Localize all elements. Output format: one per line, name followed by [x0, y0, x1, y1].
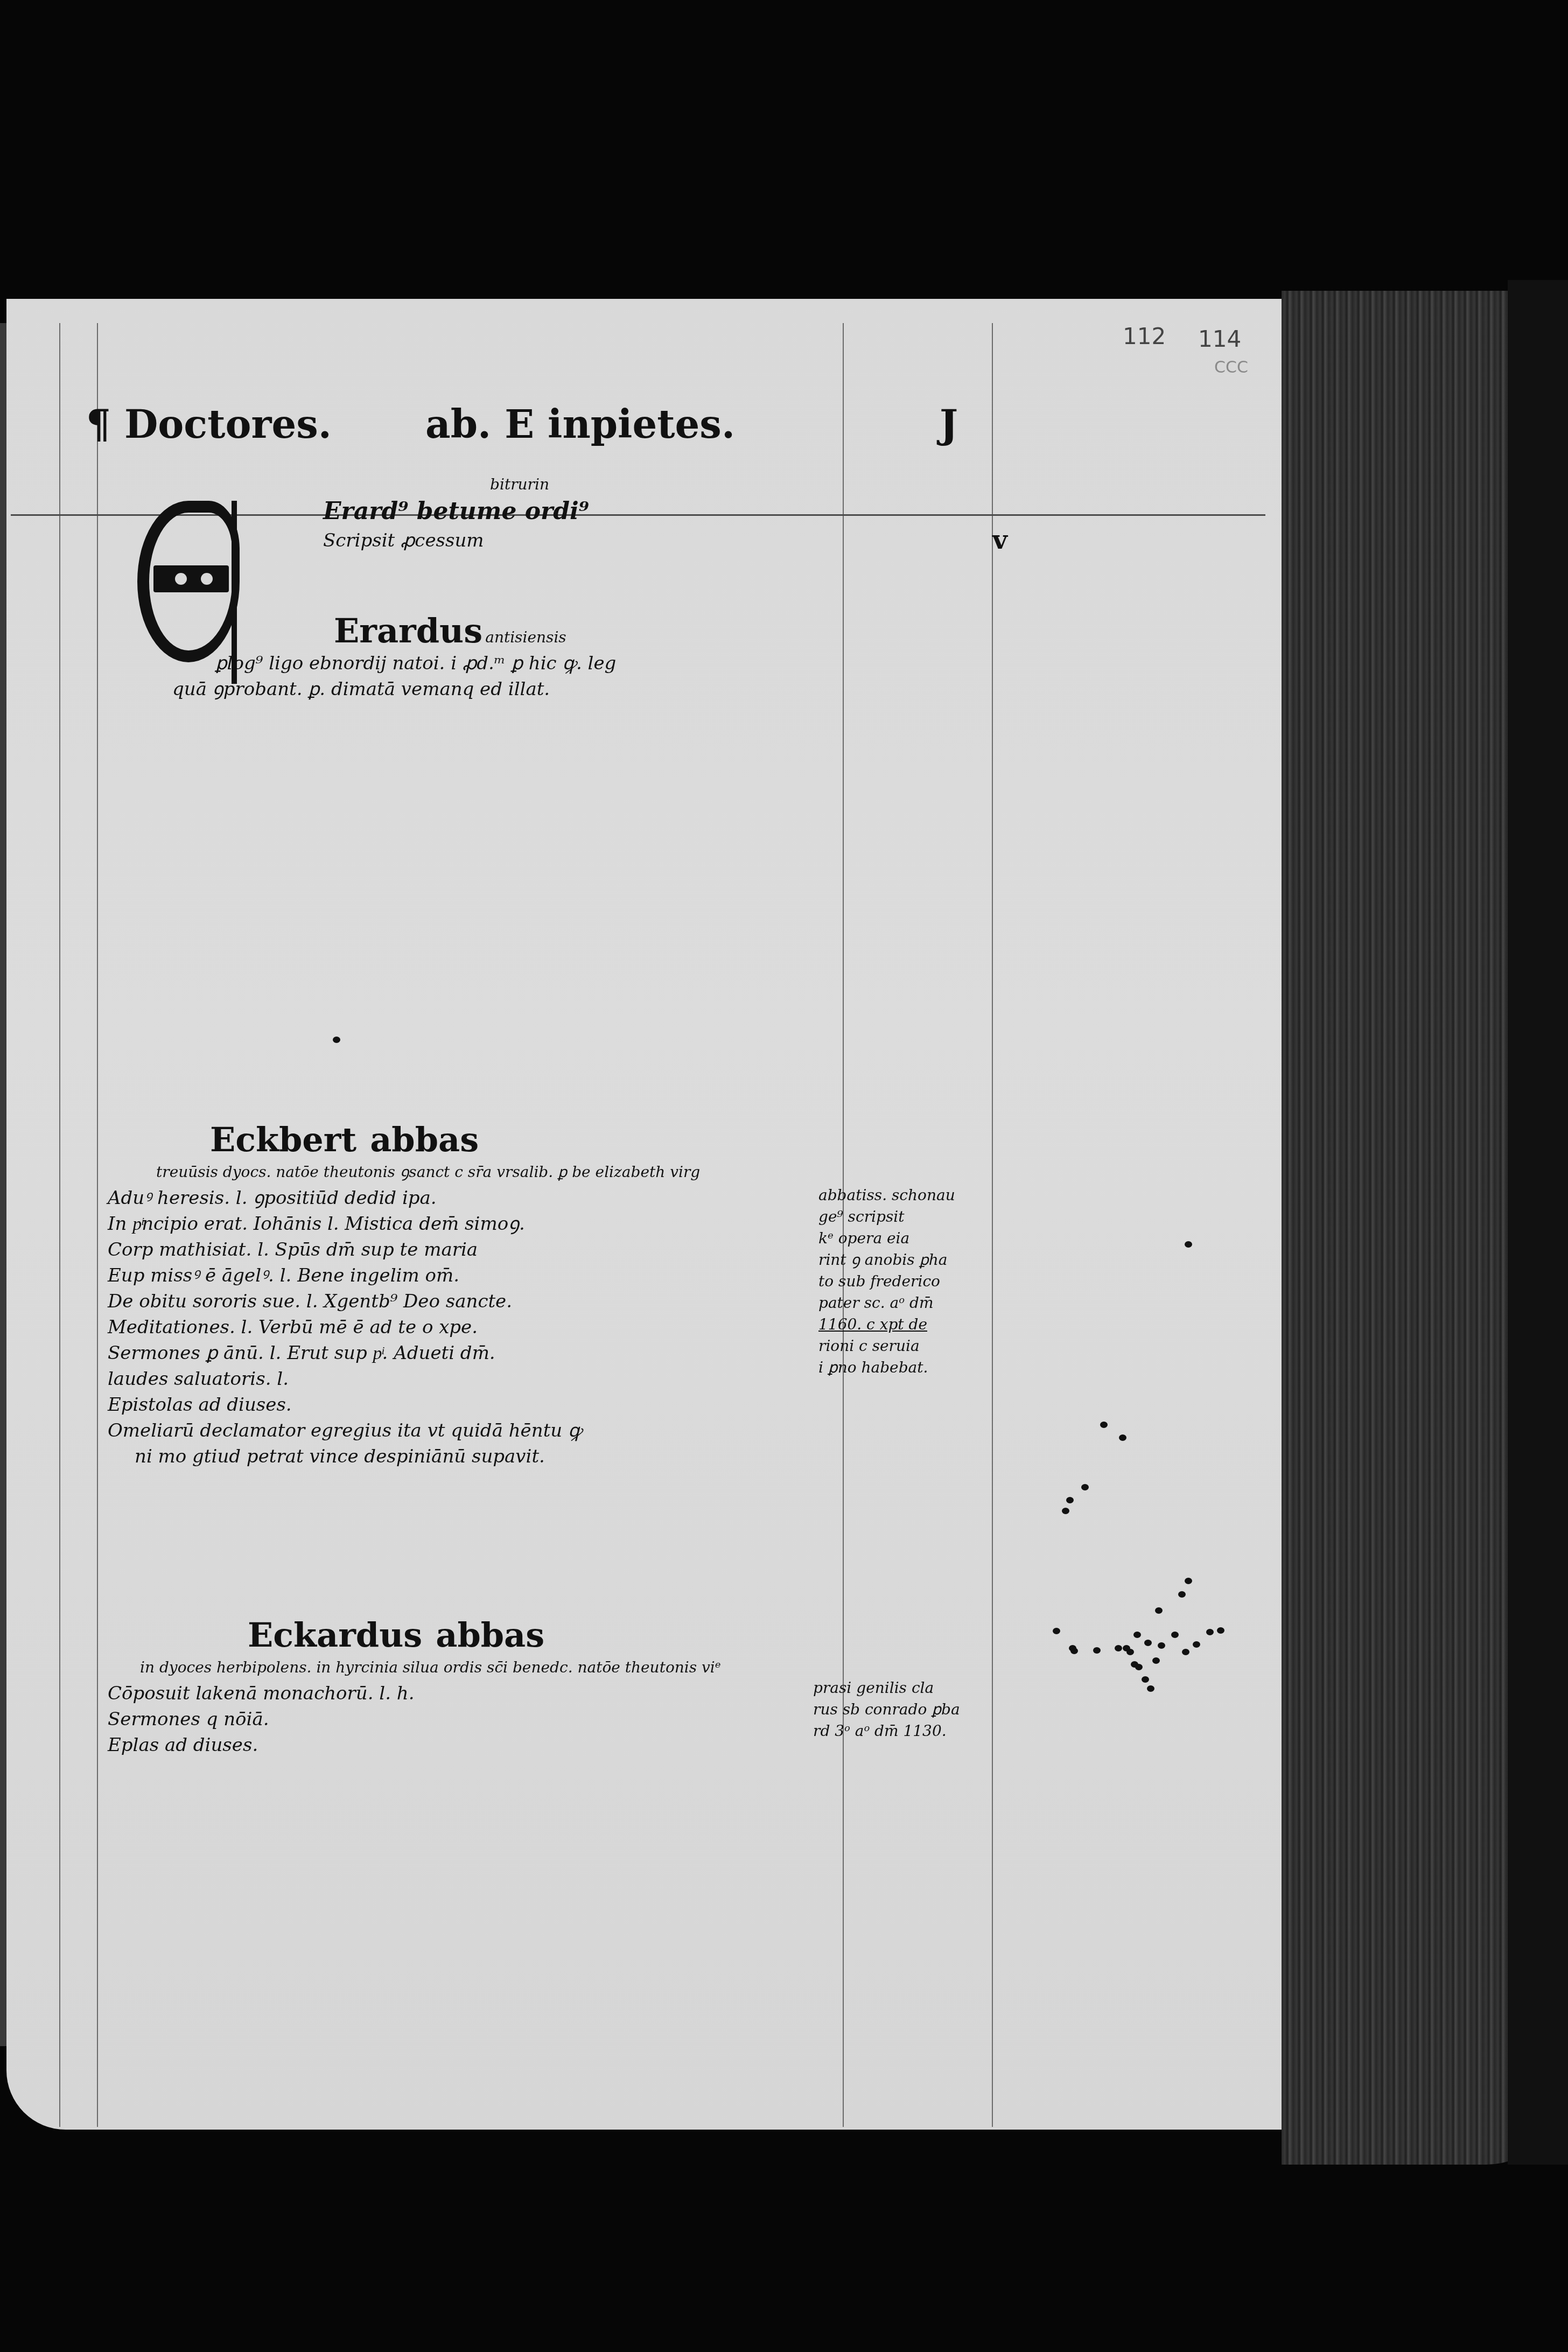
ink-speck — [1147, 1685, 1154, 1692]
folio-faint-note: CCC — [1214, 358, 1248, 377]
ink-speck — [1193, 1641, 1200, 1648]
ink-speck — [1133, 1632, 1141, 1638]
entry-eckardus: Eckardus abbas in dyoces herbipolens. in… — [108, 1615, 721, 1758]
ink-speck — [1081, 1484, 1089, 1490]
margin-line: i ꝑno habebat. — [818, 1357, 955, 1378]
entry-line: Eplas ad diuses. — [108, 1732, 721, 1758]
entry-superscript-note: bitrurin — [490, 474, 589, 495]
ink-speck — [1123, 1645, 1130, 1651]
entry-erardus-2: Erardus antisiensis ꝑlog⁹ ligo ebnordij … — [172, 611, 616, 702]
entry-line: laudes saluatoris. l. — [108, 1366, 700, 1392]
folio-number-secondary: 114 — [1198, 326, 1241, 352]
entry-heading: Eckbert abbas — [210, 1120, 700, 1159]
entry-line: Epistolas ad diuses. — [108, 1392, 700, 1418]
margin-line: pater sc. aᵒ dm̄ — [818, 1292, 955, 1314]
entry-headword: Eckardus — [248, 1615, 422, 1655]
entry-line: ꝑlog⁹ ligo ebnordij natoi. i ꝓd.ᵐ ꝑ hic … — [215, 650, 616, 676]
entry-line: Sermones q nōiā. — [108, 1706, 721, 1732]
initial-crossbar — [153, 565, 229, 592]
ink-speck — [1100, 1422, 1108, 1428]
entry-line: Omeliarū declamator egregius ita vt quid… — [108, 1418, 700, 1444]
ink-speck — [1185, 1578, 1192, 1584]
margin-line: 1160. c xpt de — [818, 1314, 955, 1335]
entry-line: Meditationes. l. Verbū mē ē ad te o xpe. — [108, 1314, 700, 1340]
ink-speck — [1069, 1645, 1076, 1651]
margin-line: abbatiss. schonau — [818, 1185, 955, 1206]
ink-speck — [1115, 1645, 1122, 1651]
entry-line: Aduꝰ heresis. l. ꝯpositiūd dedid ipa. — [108, 1185, 700, 1211]
entry-epithet: abbas — [370, 1120, 479, 1159]
ink-speck — [1142, 1676, 1149, 1683]
entry-heading: Eckardus abbas — [248, 1615, 721, 1655]
entry-line: Cōposuit lakenā monachorū. l. h. — [108, 1681, 721, 1706]
book-cover-edge — [1508, 280, 1568, 2165]
ink-speck — [1152, 1657, 1160, 1664]
ink-speck — [1158, 1642, 1165, 1649]
ink-speck — [1155, 1607, 1163, 1614]
ink-speck — [333, 1037, 340, 1043]
entry-line: Scripsit ꝓcessum — [323, 528, 589, 554]
header-center: ab. E inpietes. — [425, 401, 735, 447]
folio-number-primary: 112 — [1123, 323, 1166, 349]
entry-line: ni mo gtiud petrat vince despiniānū supa… — [135, 1444, 700, 1469]
entry-erardus-1: bitrurin Erard⁹ betume ordi⁹ Scripsit ꝓc… — [323, 474, 589, 554]
ink-speck — [1206, 1629, 1214, 1635]
entry-eckbert: Eckbert abbas treuūsis dyocs. natōe theu… — [108, 1120, 700, 1469]
entry-line: in dyoces herbipolens. in hyrcinia silua… — [140, 1655, 721, 1681]
header-right: J — [940, 401, 958, 447]
entry-line: Erard⁹ betume ordi⁹ — [323, 495, 589, 528]
entry-heading: Erardus antisiensis — [334, 611, 616, 650]
ink-speck — [1178, 1591, 1186, 1598]
entry-line: In pͥncipio erat. Iohānis l. Mistica dem… — [108, 1211, 700, 1237]
ink-speck — [1062, 1508, 1069, 1514]
ink-speck — [1171, 1632, 1179, 1638]
ink-speck — [1053, 1628, 1060, 1634]
ink-speck — [1217, 1627, 1224, 1634]
margin-line: kᵉ opera eia — [818, 1228, 955, 1249]
ink-speck — [1182, 1649, 1189, 1655]
entry-line: Corp mathisiat. l. Spūs dm̄ sup te maria — [108, 1237, 700, 1263]
eckardus-margin-note: prasi genilis cla rus sb conrado ꝑba rd … — [813, 1677, 960, 1742]
entry-epithet: antisiensis — [485, 628, 566, 646]
entry-headword: Erardus — [334, 611, 482, 650]
ink-speck — [1131, 1661, 1138, 1668]
entry-line: Eup missꝰ ē āgelꝰ. l. Bene ingelim om̄. — [108, 1263, 700, 1289]
margin-line: to sub frederico — [818, 1271, 955, 1292]
margin-line: rd 3ᵒ aᵒ dm̄ 1130. — [813, 1720, 960, 1742]
column-marker: v — [992, 525, 1007, 555]
entry-line: Sermones ꝑ ānū. l. Erut sup pͥ. Adueti d… — [108, 1340, 700, 1366]
header-left: ¶ Doctores. — [86, 401, 332, 447]
entry-headword: Eckbert — [210, 1120, 356, 1159]
entry-line: De obitu sororis sue. l. Xgentb⁹ Deo san… — [108, 1289, 700, 1314]
ink-speck — [1144, 1640, 1152, 1646]
margin-line: ge⁹ scripsit — [818, 1206, 955, 1228]
ruling-left-2 — [97, 323, 98, 2127]
ink-speck — [1066, 1497, 1074, 1503]
margin-line: rint ꝯ anobis ꝑha — [818, 1249, 955, 1271]
margin-line: rus sb conrado ꝑba — [813, 1699, 960, 1720]
entry-line: treuūsis dyocs. natōe theutonis ꝯsanct c… — [156, 1159, 700, 1185]
ink-speck — [1119, 1434, 1126, 1441]
entry-epithet: abbas — [436, 1615, 544, 1655]
entry-line: quā ꝯprobant. ꝑ. dimatā vemanq ed illat. — [172, 676, 616, 702]
eckbert-margin-note: abbatiss. schonau ge⁹ scripsit kᵉ opera … — [818, 1185, 955, 1378]
ruling-column-2 — [992, 323, 993, 2127]
margin-line: prasi genilis cla — [813, 1677, 960, 1699]
margin-line: rioni c seruia — [818, 1335, 955, 1357]
ink-speck — [1093, 1647, 1101, 1654]
ink-speck — [1185, 1241, 1192, 1248]
ruling-left-1 — [59, 323, 60, 2127]
